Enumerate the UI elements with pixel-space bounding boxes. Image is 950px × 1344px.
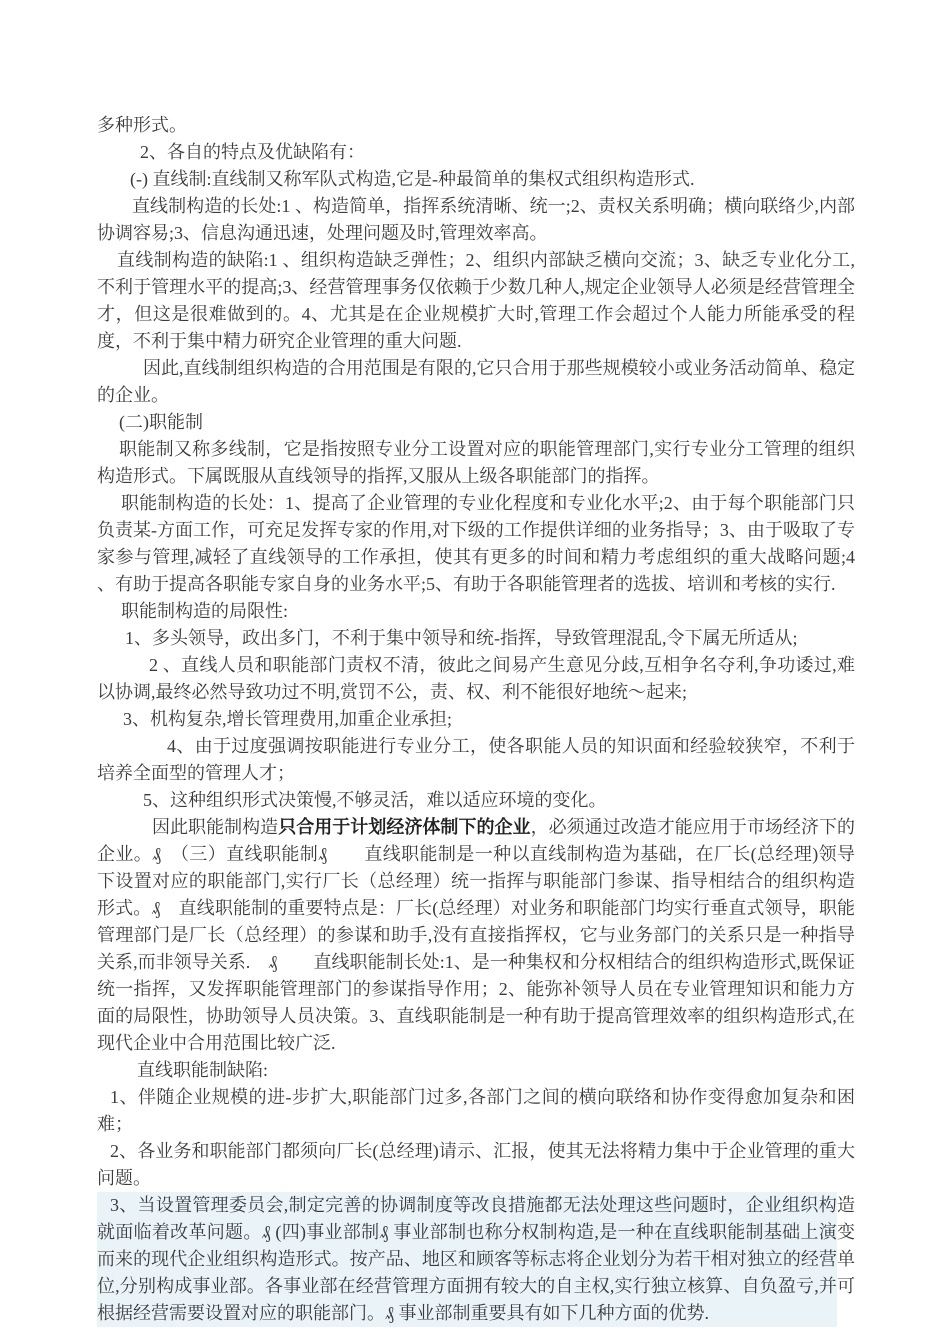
paragraph-10: 职能制构造的局限性: — [97, 598, 855, 625]
paragraph-14: 4、由于过度强调按职能进行专业分工，使各职能人员的知识面和经验较狭窄，不利于培养… — [97, 733, 855, 787]
paragraph-18: 1、伴随企业规模的进-步扩大,职能部门过多,各部门之间的横向联络和协作变得愈加复… — [97, 1084, 855, 1138]
paragraph-16-lead: 因此职能制构造 — [152, 817, 278, 837]
paragraph-16-rest: ，必须通过改造才能应用于市场经济下的企业。₰ （三）直线职能制₰ 直线职能制是一… — [97, 817, 855, 1053]
paragraph-4: 直线制构造的长处:1 、构造简单，指挥系统清晰、统一;2、责权关系明确；横向联络… — [97, 193, 855, 247]
paragraph-15: 5、这种组织形式决策慢,不够灵活，难以适应环境的变化。 — [97, 787, 855, 814]
document-page: 多种形式。 2、各自的特点及优缺陷有： (-) 直线制:直线制又称军队式构造,它… — [0, 0, 950, 1344]
document-body-text: 多种形式。 2、各自的特点及优缺陷有： (-) 直线制:直线制又称军队式构造,它… — [97, 112, 855, 1327]
paragraph-8: 职能制又称多线制，它是指按照专业分工设置对应的职能管理部门,实行专业分工管理的组… — [97, 436, 855, 490]
paragraph-13: 3、机构复杂,增长管理费用,加重企业承担; — [97, 706, 855, 733]
paragraph-20-highlighted: 3、当设置管理委员会,制定完善的协调制度等改良措施都无法处理这些问题时，企业组织… — [97, 1192, 855, 1327]
paragraph-1: 多种形式。 — [97, 112, 855, 139]
paragraph-6: 因此,直线制组织构造的合用范围是有限的,它只合用于那些规模较小或业务活动简单、稳… — [97, 355, 855, 409]
paragraph-7: (二)职能制 — [97, 409, 855, 436]
paragraph-16: 因此职能制构造只合用于计划经济体制下的企业，必须通过改造才能应用于市场经济下的企… — [97, 814, 855, 1057]
paragraph-17: 直线职能制缺陷: — [97, 1057, 855, 1084]
paragraph-12: 2 、直线人员和职能部门责权不清，彼此之间易产生意见分歧,互相争名夺利,争功诿过… — [97, 652, 855, 706]
paragraph-5: 直线制构造的缺陷:1 、组织构造缺乏弹性；2、组织内部缺乏横向交流；3、缺乏专业… — [97, 247, 855, 355]
paragraph-11: 1、多头领导，政出多门，不利于集中领导和统-指挥，导致管理混乱,令下属无所适从; — [97, 625, 855, 652]
bold-emphasis: 只合用于计划经济体制下的企业 — [278, 817, 530, 837]
paragraph-3: (-) 直线制:直线制又称军队式构造,它是-种最简单的集权式组织构造形式. — [97, 166, 855, 193]
paragraph-19: 2、各业务和职能部门都须向厂长(总经理)请示、汇报，使其无法将精力集中于企业管理… — [97, 1138, 855, 1192]
paragraph-9: 职能制构造的长处：1、提高了企业管理的专业化程度和专业化水平;2、由于每个职能部… — [97, 490, 855, 598]
paragraph-2: 2、各自的特点及优缺陷有： — [97, 139, 855, 166]
